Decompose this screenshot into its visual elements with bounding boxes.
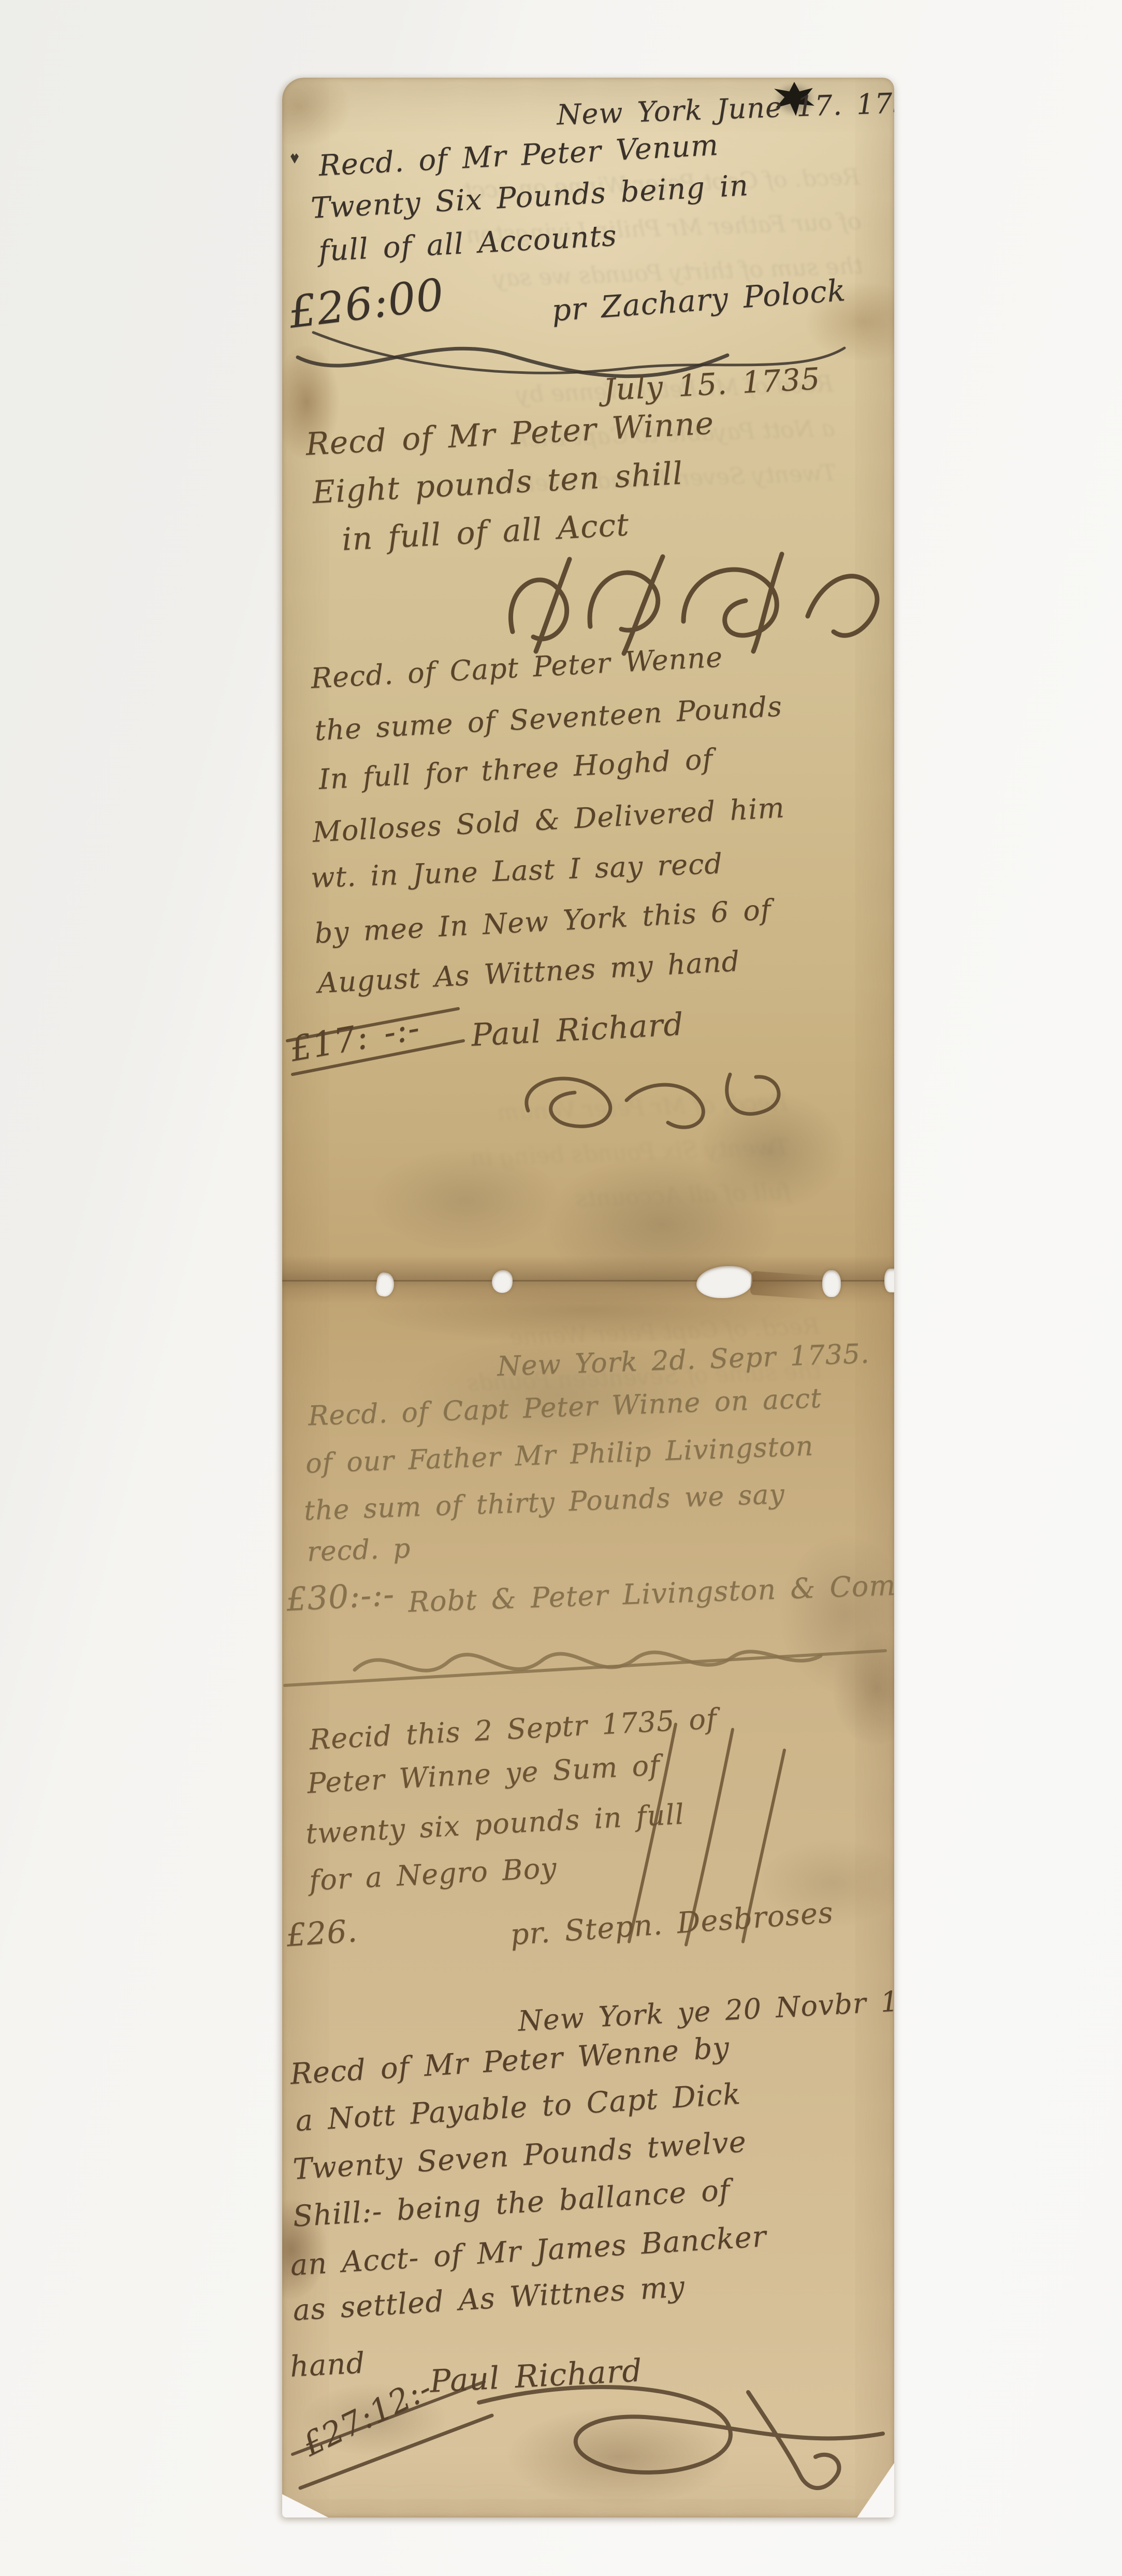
receipt-date: New York ye 20 Novbr 1735 (517, 1982, 894, 2037)
signature: Paul Richard (429, 2352, 643, 2399)
handwritten-line: of our Father Mr Philip Livingston (305, 1431, 814, 1479)
strike-flourish (282, 1631, 891, 1698)
signature: pr Zachary Polock (550, 272, 847, 328)
ink-showthrough: Recd. of Mr Peter VenumTwenty Six Pounds… (394, 1081, 792, 1239)
receipt-paper: Recd. of Capt Peter Winne on acctof our … (282, 78, 894, 2517)
ink-speck (290, 153, 299, 164)
fold-hole (696, 1266, 752, 1298)
handwritten-line: Molloses Sold & Delivered him (312, 791, 785, 849)
cut-corner (856, 2462, 894, 2517)
receipt-date: July 15. 1735 (603, 361, 822, 407)
scanned-document-page: { "page": { "background": "#f1f0ed", "pa… (0, 0, 1122, 2576)
handwritten-line: Recd. of Capt Peter Wenne (310, 641, 724, 695)
amount-figure: £30:-:- (285, 1575, 396, 1619)
amount-figure: £26. (285, 1913, 359, 1954)
handwritten-line: hand (289, 2346, 366, 2384)
handwritten-line: for a Negro Boy (309, 1852, 558, 1897)
fold-hole (492, 1270, 513, 1293)
amount-figure: £17: -:- (287, 1008, 423, 1070)
fold-crease (282, 1256, 894, 1303)
handwritten-line: wt. in June Last I say recd (310, 847, 723, 894)
handwritten-line: the sum of thirty Pounds we say (303, 1479, 785, 1526)
cut-corner (282, 2494, 330, 2517)
handwritten-line: Recd of Mr Peter Winne (305, 405, 715, 462)
handwritten-line: In full for three Hoghd of (318, 743, 714, 796)
handwritten-line: August As Wittnes my hand (317, 945, 741, 1000)
signature: Robt & Peter Livingston & Compy (407, 1567, 894, 1618)
fold-tear-shadow (750, 1271, 835, 1300)
handwritten-line: Recd. of Capt Peter Winne on acct (308, 1383, 822, 1432)
signature: Paul Richard (470, 1006, 684, 1053)
handwritten-line: twenty six pounds in full (305, 1798, 686, 1850)
receipt-date: New York June 17. 1735 (556, 85, 894, 131)
handwritten-line: Peter Winne ye Sum of (307, 1749, 661, 1800)
handwritten-line: by mee In New York this 6 of (314, 893, 772, 950)
fold-hole (375, 1272, 396, 1298)
handwritten-line: recd. p (307, 1533, 411, 1568)
handwritten-line: the sume of Seventeen Pounds (314, 690, 783, 747)
fold-edge-notch (884, 1269, 894, 1292)
receipt-date: New York 2d. Sepr 1735. (497, 1338, 870, 1382)
amount-figure: £26:00 (286, 269, 447, 338)
amount-figure: £27:12:- (297, 2369, 438, 2464)
signature: pr. Stepn. Desbroses (509, 1896, 834, 1952)
handwritten-line: in full of all Acct (341, 507, 630, 558)
fold-crease-line (282, 1280, 894, 1282)
fold-hole (822, 1270, 841, 1297)
handwritten-line: Eight pounds ten shill (312, 455, 684, 511)
signature-flourish (513, 1064, 782, 1137)
handwritten-line: Recid this 2 Septr 1735 of (309, 1702, 718, 1756)
handwritten-line: full of all Accounts (318, 219, 618, 268)
